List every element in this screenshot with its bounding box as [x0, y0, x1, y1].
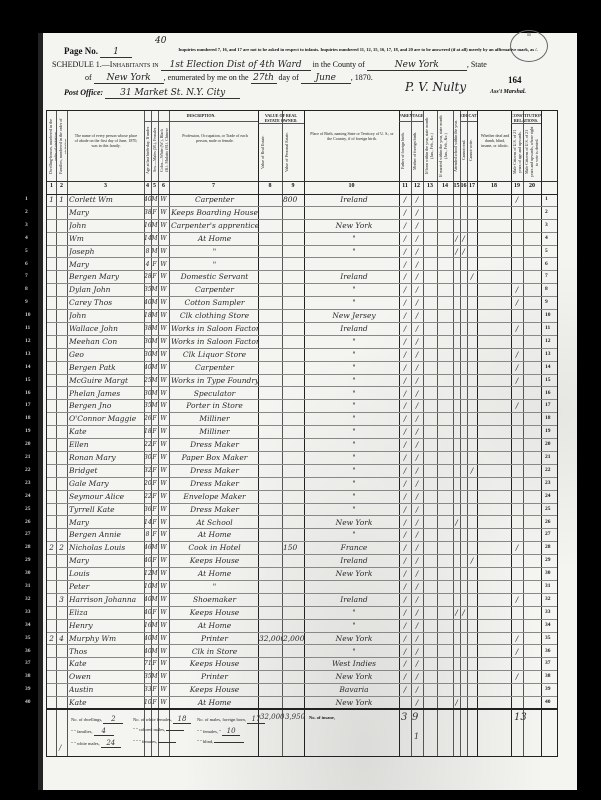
cell-name: Tyrrell Kate: [69, 503, 144, 516]
table-row: Meehan Con30MWWorks in Saloon Factory"//…: [47, 335, 557, 349]
cell-age: 35: [144, 399, 151, 412]
table-row: Louis12MWAt HomeNew York//3030: [47, 567, 557, 581]
cell-c11: /: [399, 387, 411, 400]
cell-d: [47, 219, 56, 232]
cell-pe: [283, 258, 304, 271]
cell-age: 40: [144, 645, 151, 658]
left-row-number: 34: [25, 619, 31, 632]
table-row: Mary4FW"//66: [47, 258, 557, 272]
cell-d: 1: [47, 193, 56, 206]
cell-pe: 150: [283, 541, 304, 554]
cell-c16: [460, 477, 467, 490]
cell-color: W: [158, 657, 169, 670]
blind-value: [214, 742, 244, 743]
cell-c12: /: [411, 258, 423, 271]
cell-age: 4: [144, 258, 151, 271]
cell-birth: ": [309, 399, 399, 412]
cell-f: [56, 412, 67, 425]
cell-c16: [460, 425, 467, 438]
table-row: Geo30MWClk Liquor Store"///1313: [47, 348, 557, 362]
cell-age: 40: [144, 606, 151, 619]
cell-name: Geo: [69, 348, 144, 361]
cell-color: W: [158, 645, 169, 658]
cell-birth: ": [309, 245, 399, 258]
cell-occ: Envelope Maker: [171, 490, 258, 503]
header-education: EDUCATION.: [460, 113, 477, 122]
cell-color: W: [158, 348, 169, 361]
cell-color: W: [158, 425, 169, 438]
cell-c16: [460, 516, 467, 529]
col-number: 4: [144, 183, 151, 189]
cell-c17: [467, 348, 477, 361]
cell-birth: ": [309, 645, 399, 658]
cell-sex: F: [151, 270, 158, 283]
cell-c11: /: [399, 348, 411, 361]
cell-c12: /: [411, 490, 423, 503]
cell-c11: /: [399, 490, 411, 503]
cell-d: [47, 412, 56, 425]
cell-c17: /: [467, 464, 477, 477]
cell-re: [259, 258, 282, 271]
header-father-foreign: Father of foreign birth.: [400, 125, 410, 177]
cell-c17: [467, 477, 477, 490]
cell-c15: [453, 399, 460, 412]
table-row: Kate18FWMilliner"//1919: [47, 425, 557, 439]
header-sex: Sex.—Males (M.), Females (F.): [152, 125, 158, 175]
cell-age: 28: [144, 270, 151, 283]
cell-name: Mary: [69, 206, 144, 219]
cell-occ: ": [171, 245, 258, 258]
header-occupation: Profession, Occupation, or Trade of each…: [182, 133, 248, 143]
cell-birth: Ireland: [309, 193, 399, 206]
cell-c19: [511, 438, 523, 451]
cell-sex: F: [151, 516, 158, 529]
cell-birth: ": [309, 387, 399, 400]
cell-sex: F: [151, 683, 158, 696]
cell-occ: At Home: [171, 567, 258, 580]
cell-c15: [453, 464, 460, 477]
col-number: 3: [67, 183, 144, 189]
cell-c19: [511, 619, 523, 632]
cell-re: [259, 528, 282, 541]
summary-footer: No. of dwellings, 2 " " families, 4 " " …: [47, 708, 557, 758]
cell-c17: [467, 193, 477, 206]
header-color: Color.—White (W.), Black (B.), Mulatto (…: [159, 125, 168, 175]
district-value: 1st Election Dist of 4th Ward: [161, 60, 311, 71]
cell-c12: /: [411, 619, 423, 632]
col-number: 17: [467, 183, 477, 189]
cell-age: 20: [144, 477, 151, 490]
col-number: 2: [56, 183, 67, 189]
cell-c11: /: [399, 283, 411, 296]
cell-f: [56, 309, 67, 322]
cell-c19: [511, 503, 523, 516]
cell-name: Bergen Annie: [69, 528, 144, 541]
cell-c17: [467, 232, 477, 245]
cell-d: [47, 645, 56, 658]
left-row-number: 26: [25, 516, 31, 529]
cell-color: W: [158, 438, 169, 451]
left-row-number: 10: [25, 309, 31, 322]
row-number: 36: [545, 645, 551, 658]
cell-c16: [460, 632, 467, 645]
cell-sex: F: [151, 464, 158, 477]
cell-sex: M: [151, 193, 158, 206]
cell-f: [56, 296, 67, 309]
cell-birth: ": [309, 425, 399, 438]
cell-occ: Dress Maker: [171, 438, 258, 451]
cell-c12: /: [411, 270, 423, 283]
row-number: 19: [545, 425, 551, 438]
cell-occ: At Home: [171, 232, 258, 245]
cell-age: 30: [144, 387, 151, 400]
table-row: 24Murphy Wm40MWPrinter32,0002,000New Yor…: [47, 632, 557, 646]
year-label: , 1870.: [351, 73, 373, 82]
table-row: Carey Thos40MWCotton Sampler"///99: [47, 296, 557, 310]
cell-c17: [467, 399, 477, 412]
cell-color: W: [158, 451, 169, 464]
cell-d: [47, 464, 56, 477]
row-number: 9: [545, 296, 548, 309]
cell-c19: [511, 258, 523, 271]
left-row-number: 13: [25, 348, 31, 361]
cell-c16: [460, 348, 467, 361]
cell-pe: [283, 619, 304, 632]
cell-name: Wallace John: [69, 322, 144, 335]
left-row-number: 7: [25, 270, 28, 283]
cell-c16: [460, 670, 467, 683]
cell-d: [47, 335, 56, 348]
cell-f: [56, 477, 67, 490]
cell-c17: [467, 309, 477, 322]
cell-f: [56, 258, 67, 271]
cell-pe: [283, 335, 304, 348]
census-table: Dwelling-houses, numbered in the order o…: [46, 110, 558, 757]
cell-f: [56, 657, 67, 670]
cell-c19: /: [511, 632, 523, 645]
cell-c12: /: [411, 387, 423, 400]
cell-c19: [511, 606, 523, 619]
cell-name: Thos: [69, 645, 144, 658]
left-row-number: 4: [25, 232, 28, 245]
cell-pe: [283, 503, 304, 516]
cell-c17: [467, 412, 477, 425]
cell-name: Wm: [69, 232, 144, 245]
cell-f: [56, 219, 67, 232]
col12-total: 9: [412, 712, 418, 723]
cell-c12: /: [411, 567, 423, 580]
header-married-year: If married within the year, state month …: [438, 115, 452, 177]
cell-pe: [283, 387, 304, 400]
cell-age: 71: [144, 657, 151, 670]
left-row-number: 29: [25, 554, 31, 567]
cell-c17: [467, 322, 477, 335]
page-no-value: 1: [100, 47, 132, 58]
cell-pe: [283, 490, 304, 503]
cell-c12: /: [411, 309, 423, 322]
table-row: 3Harrison Johanna40MWShoemakerIreland///…: [47, 593, 557, 607]
cell-c17: [467, 670, 477, 683]
marshal-signature: P. V. Nulty: [405, 80, 466, 94]
left-row-number: 23: [25, 477, 31, 490]
cell-color: W: [158, 374, 169, 387]
cell-c17: [467, 503, 477, 516]
cell-f: [56, 322, 67, 335]
cell-c17: [467, 683, 477, 696]
cell-c15: /: [453, 232, 460, 245]
cell-c15: [453, 193, 460, 206]
cell-d: [47, 477, 56, 490]
cell-c17: [467, 593, 477, 606]
cell-name: Ronan Mary: [69, 451, 144, 464]
summary-mark: /: [59, 744, 61, 752]
row-number: 17: [545, 399, 551, 412]
cell-c17: [467, 451, 477, 464]
cell-re: [259, 322, 282, 335]
cell-f: [56, 374, 67, 387]
left-row-number: 19: [25, 425, 31, 438]
cell-c12: /: [411, 516, 423, 529]
table-row: Bridget32FWDress Maker"///2222: [47, 464, 557, 478]
cell-birth: [309, 258, 399, 271]
left-row-number: 3: [25, 219, 28, 232]
header-school: Attended school within the year.: [453, 115, 460, 177]
cell-name: Harrison Johanna: [69, 593, 144, 606]
cell-c15: [453, 503, 460, 516]
cell-sex: M: [151, 670, 158, 683]
cell-name: John: [69, 309, 144, 322]
cell-name: Mary: [69, 516, 144, 529]
cell-age: 16: [144, 219, 151, 232]
cell-occ: Carpenter: [171, 361, 258, 374]
table-row: O'Connor Maggie26FWMilliner"//1818: [47, 412, 557, 426]
row-number: 3: [545, 219, 548, 232]
cell-f: [56, 606, 67, 619]
cell-occ: Keeps House: [171, 554, 258, 567]
cell-f: [56, 438, 67, 451]
cell-re: [259, 412, 282, 425]
cell-c16: [460, 464, 467, 477]
cell-c15: [453, 361, 460, 374]
cell-age: 30: [144, 451, 151, 464]
cell-c12: /: [411, 451, 423, 464]
cell-d: [47, 361, 56, 374]
cell-age: 32: [144, 464, 151, 477]
cell-occ: Works in Type Foundry: [171, 374, 258, 387]
cell-name: Bergen Mary: [69, 270, 144, 283]
cell-pe: [283, 451, 304, 464]
cell-birth: ": [309, 283, 399, 296]
row-number: 31: [545, 580, 551, 593]
table-row: Tyrrell Kate36FWDress Maker"//2525: [47, 503, 557, 517]
row-number: 30: [545, 567, 551, 580]
cell-d: [47, 374, 56, 387]
cell-c12: /: [411, 528, 423, 541]
cell-re: [259, 606, 282, 619]
signature-text: P. V. Nulty: [405, 80, 466, 94]
cell-occ: ": [171, 258, 258, 271]
cell-pe: [283, 296, 304, 309]
cell-name: Phelan James: [69, 387, 144, 400]
cell-c15: [453, 580, 460, 593]
cell-c16: [460, 503, 467, 516]
cell-c19: /: [511, 361, 523, 374]
cell-age: 40: [144, 593, 151, 606]
cell-c12: /: [411, 412, 423, 425]
cell-d: [47, 322, 56, 335]
cell-c16: [460, 657, 467, 670]
cell-d: [47, 593, 56, 606]
families-label: " " families,: [71, 729, 93, 734]
cell-d: [47, 516, 56, 529]
cell-birth: ": [309, 451, 399, 464]
cell-occ: Clk in Store: [171, 645, 258, 658]
cell-c15: [453, 528, 460, 541]
cell-pe: [283, 580, 304, 593]
cell-color: W: [158, 670, 169, 683]
white-males-label: " " white males,: [71, 741, 100, 746]
table-row: Kate71FWKeeps HouseWest Indies//3737: [47, 657, 557, 671]
cell-sex: M: [151, 593, 158, 606]
cell-c19: /: [511, 670, 523, 683]
cell-birth: France: [309, 541, 399, 554]
cell-c12: /: [411, 296, 423, 309]
header-cannot-read: Cannot read.: [461, 125, 467, 175]
cell-re: [259, 399, 282, 412]
cell-c17: [467, 438, 477, 451]
cell-c19: /: [511, 399, 523, 412]
cell-c15: [453, 554, 460, 567]
cell-c12: /: [411, 580, 423, 593]
cell-c19: [511, 477, 523, 490]
cell-d: [47, 619, 56, 632]
cell-c19: [511, 451, 523, 464]
cell-color: W: [158, 516, 169, 529]
foreign-males-label: No. of males, foreign born,: [197, 717, 246, 722]
cell-c16: [460, 219, 467, 232]
cell-occ: Keeps House: [171, 606, 258, 619]
row-number: 13: [545, 348, 551, 361]
cell-c11: /: [399, 580, 411, 593]
cell-c16: [460, 528, 467, 541]
top-marks: 40: [155, 36, 166, 46]
cell-c15: [453, 296, 460, 309]
cell-birth: West Indies: [309, 657, 399, 670]
cell-c16: [460, 193, 467, 206]
table-row: Ronan Mary30FWPaper Box Maker"//2121: [47, 451, 557, 465]
cell-d: [47, 606, 56, 619]
cell-birth: ": [309, 619, 399, 632]
cell-c12: /: [411, 464, 423, 477]
col-number: 10: [304, 183, 399, 189]
cell-age: 38: [144, 206, 151, 219]
cell-pe: [283, 219, 304, 232]
cell-birth: ": [309, 296, 399, 309]
cell-sex: M: [151, 567, 158, 580]
row-number: 4: [545, 232, 548, 245]
cell-re: [259, 283, 282, 296]
cell-c11: /: [399, 425, 411, 438]
cell-c12: /: [411, 670, 423, 683]
white-males-value: 24: [101, 739, 121, 748]
cell-c12: /: [411, 683, 423, 696]
cell-c16: [460, 309, 467, 322]
cell-c15: [453, 283, 460, 296]
cell-c11: /: [399, 632, 411, 645]
cell-c17: [467, 619, 477, 632]
row-number: 35: [545, 632, 551, 645]
table-row: Gale Mary20FWDress Maker"//2323: [47, 477, 557, 491]
cell-c15: [453, 348, 460, 361]
row-number: 26: [545, 516, 551, 529]
cell-color: W: [158, 567, 169, 580]
cell-occ: Paper Box Maker: [171, 451, 258, 464]
cell-c11: /: [399, 528, 411, 541]
cell-occ: At School: [171, 516, 258, 529]
cell-pe: [283, 412, 304, 425]
cell-d: [47, 425, 56, 438]
left-row-number: 15: [25, 374, 31, 387]
cell-occ: Porter in Store: [171, 399, 258, 412]
marshal-label: Ass't Marshal.: [490, 89, 526, 95]
cell-c15: [453, 670, 460, 683]
cell-c11: /: [399, 657, 411, 670]
left-row-number: 40: [25, 696, 31, 709]
cell-c15: [453, 477, 460, 490]
cell-sex: M: [151, 374, 158, 387]
cell-pe: [283, 283, 304, 296]
cell-c11: /: [399, 541, 411, 554]
cell-f: [56, 683, 67, 696]
cell-c16: [460, 490, 467, 503]
cell-c12: /: [411, 335, 423, 348]
cell-pe: [283, 322, 304, 335]
cell-c12: /: [411, 348, 423, 361]
row-number: 27: [545, 528, 551, 541]
col-number: 20: [523, 183, 541, 189]
cell-c15: [453, 657, 460, 670]
header-birthplace: Place of Birth, naming State or Territor…: [309, 131, 395, 141]
colored-females-label: " " " females,: [133, 739, 157, 744]
cell-name: McGuire Margt: [69, 374, 144, 387]
col-number: 16: [460, 183, 467, 189]
table-row: Mary38FWKeeps Boarding House//22: [47, 206, 557, 220]
cell-c19: [511, 309, 523, 322]
cell-c16: [460, 361, 467, 374]
cell-c15: [453, 412, 460, 425]
cell-c16: [460, 567, 467, 580]
left-row-number: 22: [25, 464, 31, 477]
table-row: Phelan James30MWSpeculator"//1616: [47, 387, 557, 401]
cell-c17: [467, 296, 477, 309]
cell-age: 33: [144, 683, 151, 696]
cell-color: W: [158, 619, 169, 632]
cell-d: [47, 206, 56, 219]
header-vote-denied: Male Citizens of U.S. of 21 years and up…: [524, 126, 540, 178]
cell-c15: [453, 206, 460, 219]
left-row-number: 1: [25, 193, 28, 206]
left-row-number: 36: [25, 645, 31, 658]
cell-age: 8: [144, 245, 151, 258]
cell-c15: [453, 567, 460, 580]
left-row-number: 18: [25, 412, 31, 425]
row-number: 12: [545, 335, 551, 348]
cell-name: Ellen: [69, 438, 144, 451]
cell-c19: [511, 206, 523, 219]
left-row-number: 6: [25, 258, 28, 271]
left-row-number: 31: [25, 580, 31, 593]
cell-c16: [460, 438, 467, 451]
